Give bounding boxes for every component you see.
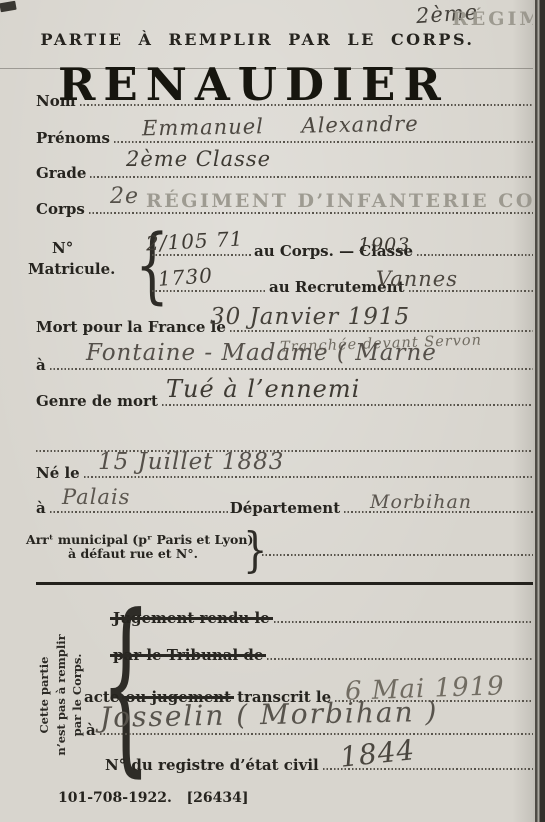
- mort-lieu-label: à: [36, 357, 46, 374]
- acte-lieu-value: Josselin ( Morbihan ): [100, 698, 439, 732]
- mort-label: Mort pour la France le: [36, 319, 226, 336]
- arr-municipal-line2: à défaut rue et N°.: [26, 547, 240, 561]
- arr-municipal-row: [262, 541, 537, 559]
- tribunal-label-struck: par le Tribunal de: [113, 647, 263, 664]
- registre-row: N° du registre d’état civil: [105, 755, 537, 773]
- tribunal-dotted-line: [267, 658, 535, 660]
- genre-label: Genre de mort: [36, 393, 158, 410]
- jugement-row: Jugement rendu le: [113, 608, 537, 626]
- nea-label: à: [36, 500, 46, 517]
- prenoms-dotted-line: [114, 141, 535, 143]
- nea-dotted-line: [50, 511, 228, 513]
- mort-date-value: 30 Janvier 1915: [210, 306, 410, 329]
- nele-label: Né le: [36, 465, 80, 482]
- arr-municipal-block: Arrᵗ municipal (pʳ Paris et Lyon), à déf…: [26, 533, 240, 561]
- matricule-recrutement-number: 1730: [157, 265, 213, 289]
- matricule-no-label: N°: [52, 240, 73, 257]
- recrutement-place-value: Vannes: [376, 269, 458, 290]
- corps-label: Corps: [36, 201, 85, 218]
- corps-dotted-line: [89, 212, 535, 214]
- nele-dotted-line: [84, 476, 535, 478]
- jugement-label-struck: Jugement rendu le: [113, 610, 270, 627]
- nele-value: 15 Juillet 1883: [98, 451, 284, 474]
- genre-dotted-line: [162, 404, 535, 406]
- matricule-label: Matricule.: [28, 261, 115, 278]
- grade-dotted-line: [90, 176, 535, 178]
- matricule-classe-dotted: [417, 254, 535, 256]
- nom-value-stamp: RENAUDIER: [58, 58, 398, 111]
- arr-municipal-line1: Arrᵗ municipal (pʳ Paris et Lyon),: [26, 533, 240, 547]
- nea-value: Palais: [62, 487, 130, 508]
- corps-number-handwritten: 2e: [110, 186, 139, 208]
- jugement-dotted-line: [274, 621, 535, 623]
- record-card: 2ème RÉGIMENT PARTIE À REMPLIR PAR LE CO…: [0, 0, 545, 822]
- departement-value: Morbihan: [370, 493, 472, 512]
- sidebar-note-line1: Cette partie: [36, 611, 53, 779]
- classe-value: 1903: [358, 236, 410, 255]
- mort-lieu-dotted-line: [50, 368, 535, 370]
- sidebar-note-rotated: Cette partie n’est pas à remplir par le …: [36, 611, 86, 779]
- registre-value: 1844: [339, 736, 417, 772]
- mort-lieu-value: Fontaine - Madame ( Marne: [86, 342, 437, 365]
- prenoms-value: Emmanuel Alexandre: [142, 114, 419, 140]
- corps-regiment-stamp: RÉGIMENT D’INFANTERIE COLONIALE: [146, 190, 545, 212]
- grade-label: Grade: [36, 165, 86, 182]
- arr-municipal-dotted-line: [262, 554, 535, 556]
- registre-label: N° du registre d’état civil: [105, 757, 319, 774]
- form-title: PARTIE À REMPLIR PAR LE CORPS.: [0, 30, 515, 49]
- grade-value: 2ème Classe: [126, 149, 271, 170]
- matricule-recrutement-dotted: [152, 290, 267, 292]
- scan-corner-mark: [0, 1, 17, 13]
- scan-edge-band: [533, 0, 545, 822]
- mort-dotted-line: [230, 330, 535, 332]
- matricule-corps-number: 2/105 71: [146, 228, 244, 253]
- print-reference: 101-708-1922. [26434]: [58, 790, 248, 806]
- tribunal-row: par le Tribunal de: [113, 645, 537, 663]
- regiment-stamp: RÉGIMENT: [452, 8, 545, 30]
- prenoms-label: Prénoms: [36, 130, 110, 147]
- sidebar-note-line2: n’est pas à remplir: [53, 611, 70, 779]
- acte-lieu-dotted-line: [100, 733, 535, 735]
- departement-label: Département: [230, 500, 340, 517]
- genre-value: Tué à l’ennemi: [166, 377, 360, 401]
- acte-lieu-label: à: [86, 722, 96, 739]
- field-grade-row: Grade: [36, 163, 537, 181]
